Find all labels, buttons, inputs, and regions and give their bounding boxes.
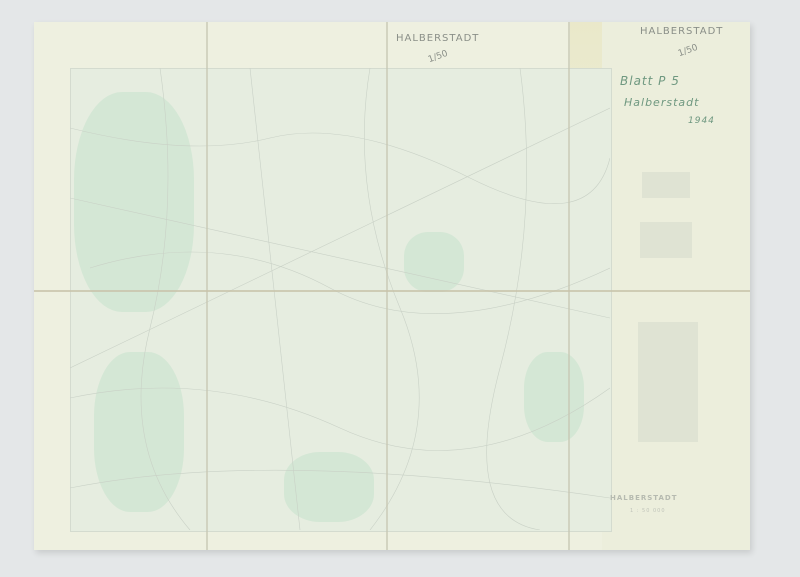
legend-box bbox=[638, 322, 698, 442]
pencil-title: HALBERSTADT bbox=[640, 26, 723, 37]
legend-box bbox=[640, 222, 692, 258]
fold-line bbox=[34, 290, 750, 292]
fold-line bbox=[568, 22, 570, 550]
ink-note-year: 1944 bbox=[688, 116, 715, 126]
ink-note-name: Halberstadt bbox=[624, 96, 699, 109]
ink-note-sheet: Blatt P 5 bbox=[620, 74, 680, 88]
fold-line bbox=[206, 22, 208, 550]
legend-scale: 1 : 50 000 bbox=[630, 508, 666, 514]
fold-line bbox=[386, 22, 388, 550]
road-network bbox=[70, 68, 610, 530]
pencil-title: HALBERSTADT bbox=[396, 33, 479, 44]
legend-box bbox=[642, 172, 690, 198]
legend-title: HALBERSTADT bbox=[610, 494, 678, 502]
